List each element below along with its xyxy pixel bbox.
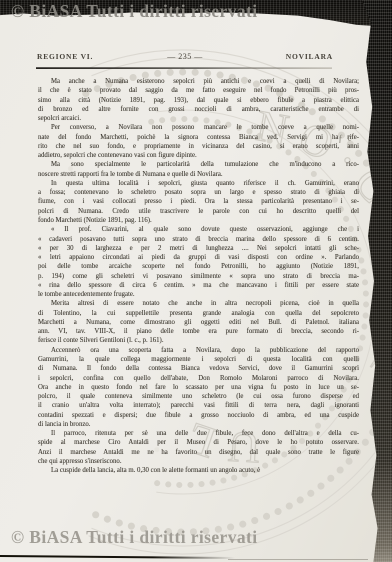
text-line: il cranio un'altra volta interrato); par… [38,401,359,410]
text-line: il che è stato provato dal saggio da me … [38,86,359,95]
text-line: a fossa; contenevano lo scheletro posato… [38,188,359,197]
text-line: fondo Marchetti (Notizie 1891, pag. 116)… [38,216,359,225]
text-line: Marchetti a Numana, come dimostrano gli … [38,318,359,327]
header-region-label: REGIONE VI. [37,52,136,61]
paragraph: La cuspide della lancia, alta m. 0,30 co… [38,466,359,475]
text-line: poi delle tombe arcaiche scoperte nel fo… [38,262,359,271]
text-line: « Il prof. Ciavarini, al quale sono dovu… [38,225,359,234]
text-line: Ora anche in questo fondo nel fare lo sc… [38,383,359,392]
text-line: di Tolentino, la cui suppellettile prese… [38,309,359,318]
text-line: spide al marchese Ciro Antaldi per il Mu… [38,438,359,447]
text-line: p. 194) come gli scheletri vi posavano s… [38,272,359,281]
text-line: « rina dello spessore di circa 6 centim.… [38,281,359,290]
text-line: i sepolcri, confina con quello dell'abat… [38,374,359,383]
copyright-watermark-bottom: © BiASA Tutti i diritti riservati [11,527,258,548]
text-line: « per 30 di larghezza e per 2 metri di l… [38,244,359,253]
header-section-label: NOVILARA [234,52,333,61]
handwritten-margin-note: ƒ c [337,132,353,145]
body-text: Ma anche a Numana esisterono sepolcri pi… [38,77,359,475]
text-line: Per converso, a Novilara non possono man… [38,123,359,132]
paragraph: In questa ultima località i sepolcri, gi… [38,179,359,225]
paragraph: Il parroco, ritenuta per sè una delle du… [38,429,359,466]
text-line: polcri di Numana. Credo utile trascriver… [38,207,359,216]
text-line: Ma anche a Numana esisterono sepolcri pi… [38,77,359,86]
text-line: di bronzo ed altre fornite con grossi no… [38,105,359,114]
text-line: sepolcri arcaici. [38,114,359,123]
text-line: rito che nel suo fondo, e propriamente i… [38,142,359,151]
text-line: di lancia in bronzo. [38,420,359,429]
paragraph: Accennerò ora una scoperta fatta a Novil… [38,346,359,429]
text-line: La cuspide della lancia, alta m. 0,30 co… [38,466,359,475]
scan-edge-bottom-faint [228,559,368,560]
text-line: Anzi il marchese Antaldi me ne ha favori… [38,448,359,457]
text-line: ann. VI, tav. VIII-X, il piano delle tom… [38,327,359,336]
text-line: Ma sono specialmente le particolarità de… [38,160,359,169]
text-line: Accennerò ora una scoperta fatta a Novil… [38,346,359,355]
copyright-watermark-top: © BiASA Tutti i diritti riservati [11,1,258,22]
text-line: polcro, il quale conteneva similmente un… [38,392,359,401]
text-line: che qui appresso s'inseriscono. [38,457,359,466]
text-line: di Numana. Il fondo della contessa Bianc… [38,364,359,373]
text-line: nate del fondo Marchetti, poichè la sign… [38,133,359,142]
paragraph: Per converso, a Novilara non possono man… [38,123,359,160]
paragraph: Ma anche a Numana esisterono sepolcri pi… [38,77,359,123]
paragraph: « Il prof. Ciavarini, al quale sono dovu… [38,225,359,299]
text-line: In questa ultima località i sepolcri, gi… [38,179,359,188]
text-line: simo alla città (Notizie 1891, pag. 193)… [38,96,359,105]
text-line: Il parroco, ritenuta per sè una delle du… [38,429,359,438]
text-line: contadini spezzati e dispersi; due fibul… [38,411,359,420]
text-line: fiume, con i vasi collocati presso i pie… [38,197,359,206]
paragraph: Ma sono specialmente le particolarità de… [38,160,359,179]
text-line: le tombe antecedentemente frugate. [38,290,359,299]
text-line: « letri appaiono circondati ai piedi da … [38,253,359,262]
text-line: Merita altresì di essere notato che anch… [38,299,359,308]
header-page-number: — 235 — [136,52,235,61]
text-line: noscere stretti rapporti fra le tombe di… [38,170,359,179]
running-header: REGIONE VI. — 235 — NOVILARA [37,52,333,61]
paragraph: Merita altresì di essere notato che anch… [38,299,359,345]
text-line: Gamurrini, la quale collega maggiormente… [38,355,359,364]
scanned-page: NO·CHRIST UL © BiASA Tutti i diritti ris… [0,0,392,562]
text-line: addietro, sepolcri che contenevano vasi … [38,151,359,160]
text-line: ferisce il conte Silveri Gentiloni (l. c… [38,336,359,345]
text-line: « cadaveri posavano tutti sopra uno stra… [38,235,359,244]
